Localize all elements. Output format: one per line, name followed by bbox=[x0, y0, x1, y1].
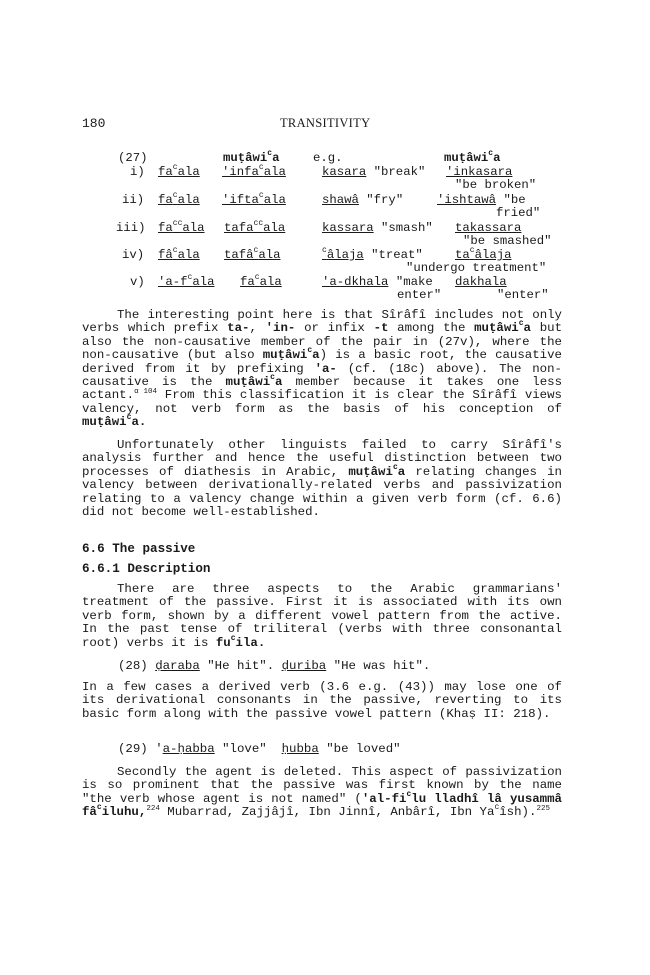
label: (29) bbox=[118, 742, 148, 756]
t: or infix bbox=[295, 321, 373, 335]
g: "be loved" bbox=[326, 742, 400, 756]
col-head-end: a bbox=[272, 151, 279, 165]
mutawia-gloss: "be smashed" bbox=[463, 235, 552, 248]
t: Mubarrad, Zajjâjî, Ibn Jinnî, Anbârî, Ib… bbox=[160, 805, 495, 819]
w: ḍuriba bbox=[282, 659, 327, 673]
example-verb: kassara "smash" bbox=[322, 222, 433, 235]
example-verb: kasara "break" bbox=[322, 166, 425, 179]
gloss: "be bbox=[503, 193, 525, 207]
base-form: facala bbox=[158, 194, 200, 207]
paragraph-sirafi-mutawia: The interesting point here is that Sîrâf… bbox=[82, 309, 562, 430]
example-28: (28) ḍaraba "He hit". ḍuriba "He was hit… bbox=[118, 659, 430, 673]
b: iluhu, bbox=[102, 805, 147, 819]
t: 'infa bbox=[222, 165, 259, 179]
t: ala bbox=[178, 165, 200, 179]
footnote-ref: α 104 bbox=[134, 388, 157, 396]
base-form: faccala bbox=[158, 222, 205, 235]
t: , bbox=[249, 321, 265, 335]
derived-form: facala bbox=[240, 276, 282, 289]
paragraph-passive-aspects: There are three aspects to the Arabic gr… bbox=[82, 583, 562, 650]
gloss: "fry" bbox=[366, 193, 403, 207]
paragraph-diathesis: Unfortunately other linguists failed to … bbox=[82, 439, 562, 519]
w: ḥubba bbox=[282, 742, 319, 756]
b: muṭâwi bbox=[226, 375, 271, 389]
t: fa bbox=[158, 165, 173, 179]
t: kasara bbox=[322, 165, 366, 179]
footnote-ref: 224 bbox=[146, 805, 160, 813]
t: âlaja bbox=[327, 248, 364, 262]
example-29: (29) 'a-ḥabba "love" ḥubba "be loved" bbox=[118, 742, 401, 756]
t: ala bbox=[264, 193, 286, 207]
b: muṭâwi bbox=[82, 415, 127, 429]
p: ' bbox=[155, 742, 162, 756]
gloss: "treat" bbox=[371, 248, 423, 262]
section-heading-6-6: 6.6 The passive bbox=[82, 542, 195, 556]
g: "He was hit". bbox=[334, 659, 431, 673]
running-title: TRANSITIVITY bbox=[280, 116, 370, 131]
gloss: "break" bbox=[374, 165, 426, 179]
b: a. bbox=[131, 415, 146, 429]
t: 'a-dkhala bbox=[322, 275, 388, 289]
col-head-end: a bbox=[493, 151, 500, 165]
t: shawâ bbox=[322, 193, 359, 207]
gloss: "smash" bbox=[381, 221, 433, 235]
t: ala bbox=[192, 275, 214, 289]
w: ḍaraba bbox=[155, 659, 200, 673]
mutawia-gloss: "undergo treatment" bbox=[406, 262, 546, 275]
t: fa bbox=[158, 193, 173, 207]
eg-label: e.g. bbox=[313, 152, 343, 165]
t: ala bbox=[178, 248, 200, 262]
row-num: i) bbox=[130, 166, 145, 179]
mutawia-gloss: "be broken" bbox=[455, 179, 536, 192]
t: In a few cases a derived verb (3.6 e.g. … bbox=[82, 681, 562, 721]
b: fu bbox=[216, 636, 231, 650]
base-form: facala bbox=[158, 166, 200, 179]
row-num: iv) bbox=[122, 249, 144, 262]
derived-form: 'infacala bbox=[222, 166, 286, 179]
page-number: 180 bbox=[82, 116, 105, 131]
example-27-label: (27) bbox=[118, 152, 148, 165]
b: -t bbox=[374, 321, 389, 335]
t: among the bbox=[388, 321, 474, 335]
t: 'a-f bbox=[158, 275, 188, 289]
t: tafa bbox=[224, 221, 254, 235]
derived-form: tafâcala bbox=[224, 249, 280, 262]
t: îsh). bbox=[499, 805, 536, 819]
footnote-ref: 225 bbox=[536, 805, 550, 813]
t: âlaja bbox=[475, 248, 512, 262]
b: 'al-fi bbox=[362, 792, 407, 806]
b: muṭâwi bbox=[263, 348, 308, 362]
col-head-text: muṭâwi bbox=[444, 151, 488, 165]
t: ala bbox=[260, 275, 282, 289]
b: a bbox=[524, 321, 531, 335]
example-gloss-cont: enter" bbox=[397, 289, 441, 302]
gloss: "make bbox=[396, 275, 433, 289]
b: muṭâwi bbox=[474, 321, 519, 335]
g: "love" bbox=[222, 742, 267, 756]
row-num: iii) bbox=[116, 222, 146, 235]
g: "He hit". bbox=[207, 659, 274, 673]
label: (28) bbox=[118, 659, 148, 673]
s: cc bbox=[254, 219, 264, 228]
row-num: v) bbox=[130, 276, 145, 289]
t: ala bbox=[258, 248, 280, 262]
t: fa bbox=[240, 275, 255, 289]
s: cc bbox=[173, 219, 183, 228]
paragraph-agent-deleted: Secondly the agent is deleted. This aspe… bbox=[82, 766, 562, 820]
t: ala bbox=[264, 165, 286, 179]
mutawia-gloss: fried" bbox=[496, 207, 540, 220]
column-head-mutawia-2: muṭâwica bbox=[444, 152, 500, 165]
t: 'ifta bbox=[222, 193, 259, 207]
row-num: ii) bbox=[122, 194, 144, 207]
t: ala bbox=[178, 193, 200, 207]
derived-form: tafaccala bbox=[224, 222, 285, 235]
b: ila. bbox=[236, 636, 266, 650]
t: tafâ bbox=[224, 248, 254, 262]
paragraph-derived-verb: In a few cases a derived verb (3.6 e.g. … bbox=[82, 681, 562, 721]
b: muṭâwi bbox=[348, 465, 393, 479]
w: a-ḥabba bbox=[163, 742, 215, 756]
t: fa bbox=[158, 221, 173, 235]
mutawia-gloss: "enter" bbox=[497, 289, 549, 302]
base-form: 'a-fcala bbox=[158, 276, 214, 289]
t: ta bbox=[455, 248, 470, 262]
t: fâ bbox=[158, 248, 173, 262]
t: kassara bbox=[322, 221, 374, 235]
base-form: fâcala bbox=[158, 249, 200, 262]
derived-form: 'iftacala bbox=[222, 194, 286, 207]
t: 'ishtawâ bbox=[437, 193, 496, 207]
t: ala bbox=[182, 221, 204, 235]
t: There are three aspects to the Arabic gr… bbox=[82, 582, 562, 650]
example-verb: shawâ "fry" bbox=[322, 194, 403, 207]
section-heading-6-6-1: 6.6.1 Description bbox=[82, 562, 210, 576]
t: ala bbox=[263, 221, 285, 235]
b: 'a- bbox=[315, 362, 337, 376]
b: ta- bbox=[227, 321, 249, 335]
b: 'in- bbox=[266, 321, 296, 335]
column-head-mutawia: muṭâwica bbox=[223, 152, 279, 165]
b: a bbox=[312, 348, 319, 362]
